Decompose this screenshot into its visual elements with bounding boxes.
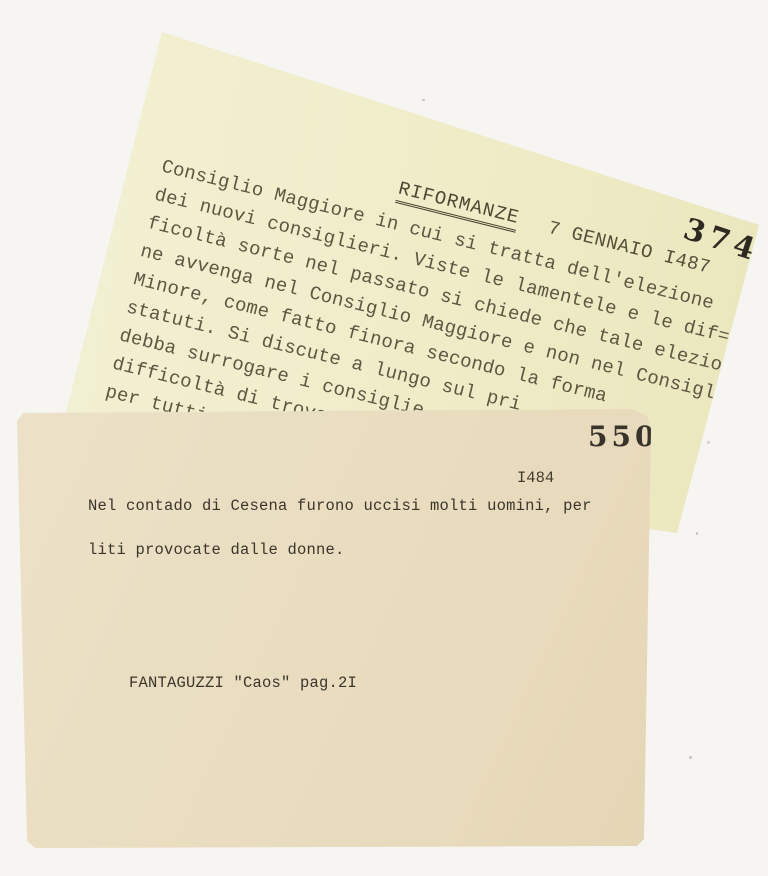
dust-speck — [696, 532, 698, 535]
archive-number-stamp-front: 550 — [588, 420, 658, 453]
dust-speck — [689, 756, 692, 759]
dust-speck — [422, 99, 425, 101]
card-front-citation: FANTAGUZZI "Caos" pag.2I — [129, 674, 357, 692]
card-front-year: I484 — [517, 469, 554, 487]
scanned-photo-background: RIFORMANZE 7 GENNAIO I487 374 Consiglio … — [0, 0, 768, 876]
card-front-body-line: liti provocate dalle donne. — [88, 541, 345, 559]
dust-speck — [707, 441, 710, 444]
card-front-body-line: Nel contado di Cesena furono uccisi molt… — [88, 497, 592, 515]
